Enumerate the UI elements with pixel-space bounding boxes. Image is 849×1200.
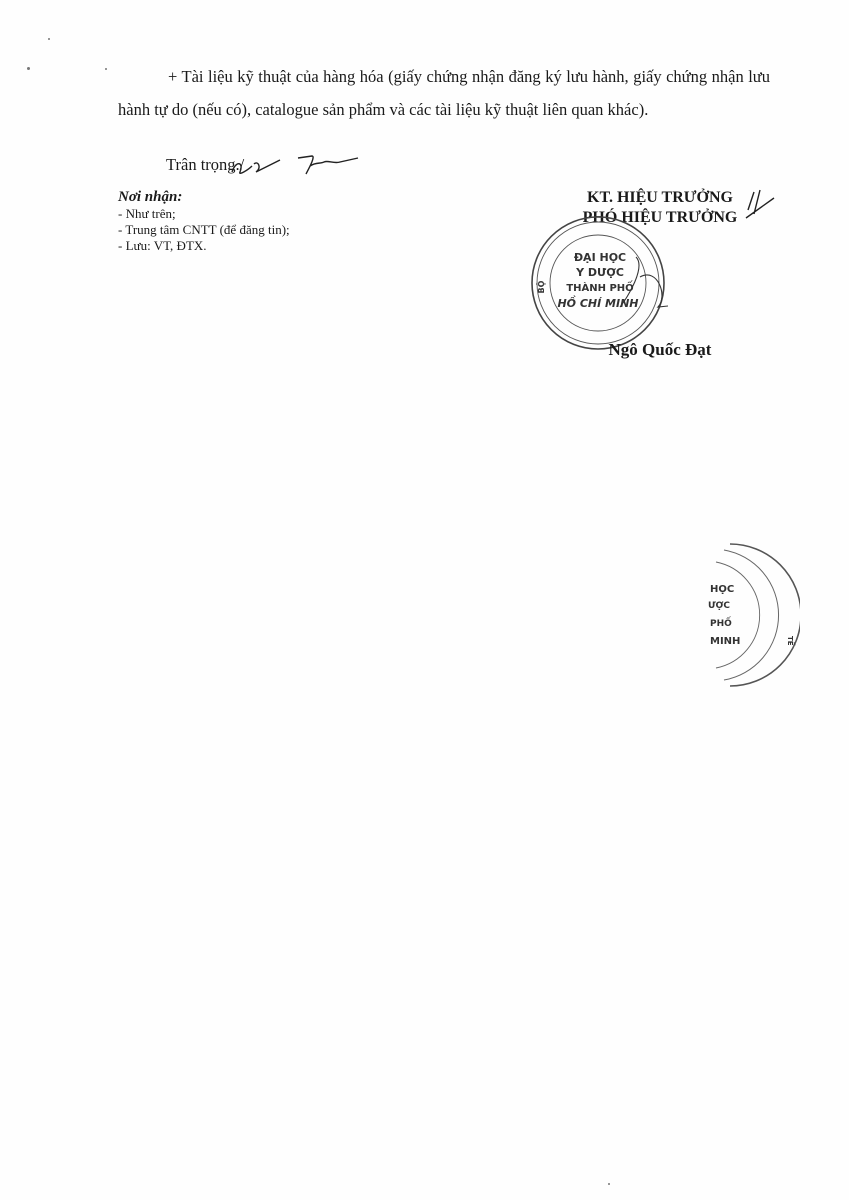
seal-line: Y DƯỢC bbox=[575, 266, 624, 279]
scan-speck bbox=[27, 67, 30, 70]
signer-title-line1: KT. HIỆU TRƯỞNG bbox=[560, 188, 760, 208]
recipients-block: Nơi nhận: - Như trên; - Trung tâm CNTT (… bbox=[118, 188, 290, 254]
recipient-item: - Trung tâm CNTT (để đăng tin); bbox=[118, 222, 290, 238]
seal-side-text: BỘ bbox=[536, 280, 546, 293]
recipient-item: - Lưu: VT, ĐTX. bbox=[118, 238, 290, 254]
seal-line: PHỐ bbox=[710, 616, 732, 629]
initials-signature-icon bbox=[228, 150, 368, 180]
technical-docs-paragraph: + Tài liệu kỹ thuật của hàng hóa (giấy c… bbox=[118, 60, 770, 126]
seal-line: THÀNH PHỐ bbox=[566, 279, 633, 294]
seal-line: HỌC bbox=[710, 584, 734, 595]
scan-speck bbox=[608, 1183, 610, 1185]
document-page: + Tài liệu kỹ thuật của hàng hóa (giấy c… bbox=[0, 0, 849, 1200]
recipient-item: - Như trên; bbox=[118, 206, 290, 222]
signer-name: Ngô Quốc Đạt bbox=[560, 340, 760, 360]
seal-side-text: TẾ bbox=[786, 636, 796, 646]
seal-line: ĐẠI HỌC bbox=[574, 251, 626, 264]
scan-speck bbox=[48, 38, 50, 40]
approval-mark-icon bbox=[740, 188, 780, 238]
partial-seal-icon: HỌC ƯỢC PHỐ MINH TẾ bbox=[700, 540, 800, 690]
seal-line: ƯỢC bbox=[708, 601, 730, 611]
scan-speck bbox=[105, 68, 107, 70]
official-seal-icon: ĐẠI HỌC Y DƯỢC THÀNH PHỐ HỒ CHÍ MINH BỘ bbox=[528, 207, 668, 357]
seal-line: MINH bbox=[710, 636, 740, 647]
recipients-title: Nơi nhận: bbox=[118, 188, 290, 206]
